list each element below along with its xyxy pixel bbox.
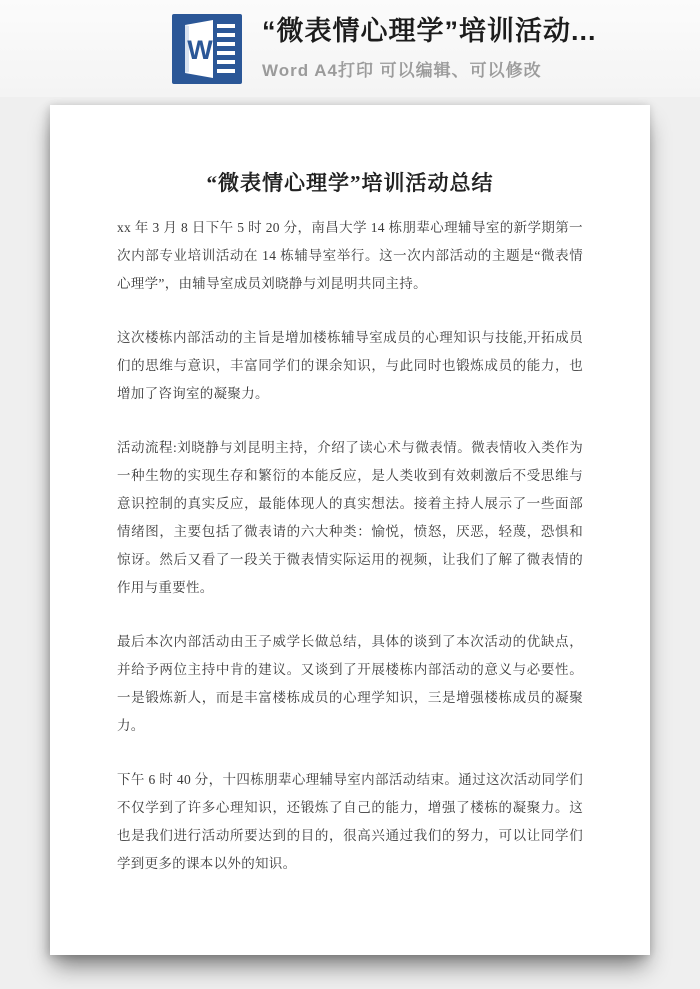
document-paragraph: xx 年 3 月 8 日下午 5 时 20 分，南昌大学 14 栋朋辈心理辅导室…	[117, 214, 583, 298]
document-title: “微表情心理学”培训活动总结	[117, 167, 583, 197]
document-page: “微表情心理学”培训活动总结 xx 年 3 月 8 日下午 5 时 20 分，南…	[50, 105, 650, 955]
header-text-block: “微表情心理学”培训活动... Word A4打印 可以编辑、可以修改	[262, 16, 597, 81]
document-paragraph: 最后本次内部活动由王子威学长做总结，具体的谈到了本次活动的优缺点，并给予两位主持…	[117, 628, 583, 740]
word-icon: W	[172, 14, 242, 84]
page-title: “微表情心理学”培训活动...	[262, 16, 597, 47]
svg-text:W: W	[187, 35, 213, 65]
page-subtitle: Word A4打印 可以编辑、可以修改	[262, 56, 597, 81]
document-content: “微表情心理学”培训活动总结 xx 年 3 月 8 日下午 5 时 20 分，南…	[50, 105, 650, 878]
document-paragraph: 下午 6 时 40 分，十四栋朋辈心理辅导室内部活动结束。通过这次活动同学们不仅…	[117, 766, 583, 878]
site-header: W “微表情心理学”培训活动... Word A4打印 可以编辑、可以修改	[0, 0, 700, 97]
document-paragraph: 活动流程:刘晓静与刘昆明主持，介绍了读心术与微表情。微表情收入类作为一种生物的实…	[117, 434, 583, 602]
document-paragraph: 这次楼栋内部活动的主旨是增加楼栋辅导室成员的心理知识与技能,开拓成员们的思维与意…	[117, 324, 583, 408]
